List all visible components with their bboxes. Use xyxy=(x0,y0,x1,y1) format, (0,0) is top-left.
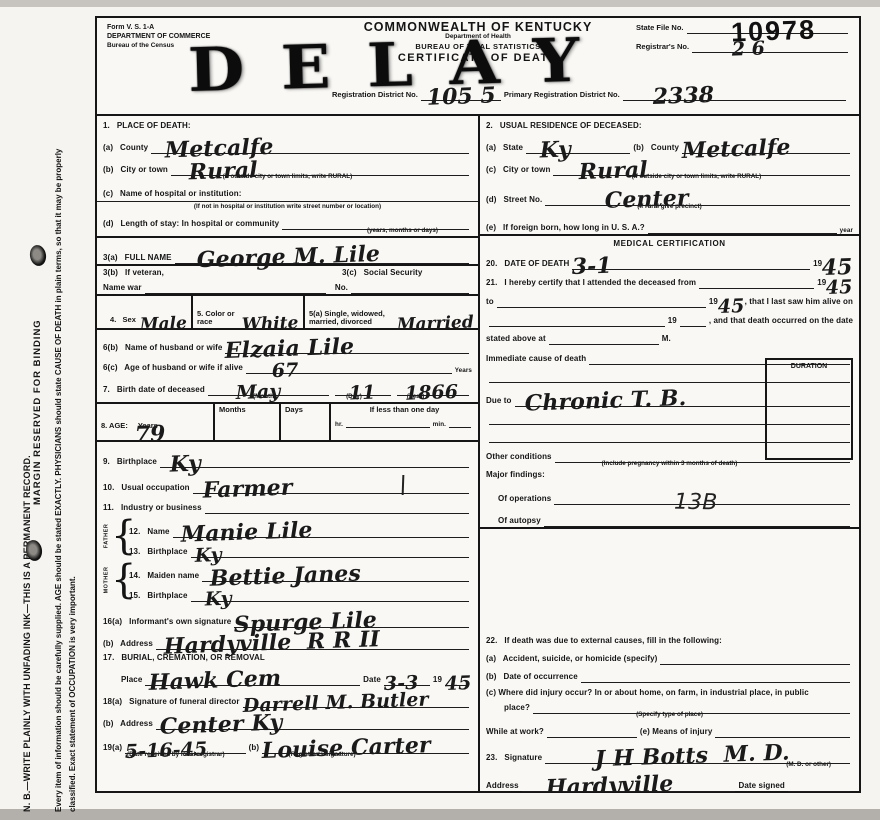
age-months-cell: Months xyxy=(215,404,281,440)
due-to-value: Chronic T. B. xyxy=(514,392,686,410)
father-name-label: 12. Name xyxy=(129,527,170,538)
autopsy-row: Of autopsy xyxy=(480,505,859,529)
pod-hospital-hint: (If not in hospital or institution write… xyxy=(194,203,381,212)
pod-hospital-label: (c) Name of hospital or institution: xyxy=(103,189,241,200)
father-side-label-wrap: FATHER xyxy=(101,533,111,539)
full-name-label: 3(a) FULL NAME xyxy=(103,253,172,264)
blank-line: 13B xyxy=(554,492,850,505)
other-conditions-label: Other conditions xyxy=(486,452,552,463)
pod-county-row: (a) County Metcalfe xyxy=(97,132,478,154)
blank-line: Farmer xyxy=(193,481,469,494)
informant-signature-label: 16(a) Informant's own signature xyxy=(103,617,231,628)
external-b-row: (b) Date of occurrence xyxy=(480,665,859,683)
sex-cell: 4. Sex Male xyxy=(97,296,193,328)
blank-line: Elzaia Lile xyxy=(225,341,469,354)
left-column: 1. PLACE OF DEATH: (a) County Metcalfe (… xyxy=(97,116,480,792)
race-label: 5. Color or race xyxy=(197,310,240,326)
blank-line: Metcalfe xyxy=(151,141,469,154)
blank-line xyxy=(699,276,814,289)
residence-county-label: (b) County xyxy=(633,143,679,154)
blank-line: 3-3 xyxy=(384,673,430,686)
physician-signature-label: 23. Signature xyxy=(486,753,542,764)
mother-brace: { xyxy=(111,564,123,596)
pod-county-label: (a) County xyxy=(103,143,148,154)
birthplace-label: 9. Birthplace xyxy=(103,457,157,468)
right-column: 2. USUAL RESIDENCE OF DECEASED: (a) Stat… xyxy=(480,116,859,792)
funeral-director-label: 18(a) Signature of funeral director xyxy=(103,697,240,708)
marital-value: Married xyxy=(397,318,474,330)
section-usual-residence: 2. USUAL RESIDENCE OF DECEASED: (a) Stat… xyxy=(480,116,859,236)
received-date-value: 5-16-45 xyxy=(125,744,208,757)
ssn-no-label: No. xyxy=(335,283,348,294)
residence-foreign-row: (e) If foreign born, how long in U. S. A… xyxy=(480,212,859,234)
sex-race-marital-row: 4. Sex Male 5. Color or race White 5(a) … xyxy=(97,296,478,330)
informant-address-value: Hardyville R R II xyxy=(155,633,380,653)
pen-mark xyxy=(402,475,405,495)
spouse-age-value: 67 xyxy=(246,365,299,377)
funeral-director-address-value: Center Ky xyxy=(155,716,282,733)
mother-side-label-wrap: MOTHER xyxy=(101,577,111,583)
delay-stamp: DELAY xyxy=(187,25,617,106)
blank-line xyxy=(680,314,706,327)
pod-hospital-row: (c) Name of hospital or institution: xyxy=(97,182,478,200)
blank-line: 3-1 xyxy=(572,257,810,270)
residence-foreign-label: (e) If foreign born, how long in U. S. A… xyxy=(486,223,645,234)
residence-city-row: (c) City or town Rural xyxy=(480,154,859,176)
residence-city-value: Rural xyxy=(553,164,648,179)
certificate-form: Form V. S. 1-A DEPARTMENT OF COMMERCE Bu… xyxy=(95,16,861,793)
while-at-work-row: While at work? (e) Means of injury xyxy=(480,720,859,738)
pod-city-label: (b) City or town xyxy=(103,165,168,176)
date-of-death-value: 3-1 xyxy=(572,260,612,273)
blank-line: Center Ky xyxy=(156,717,469,730)
mother-name-label: 14. Maiden name xyxy=(129,571,199,582)
blank-line xyxy=(549,332,659,345)
residence-street-value: Center xyxy=(545,192,689,209)
pod-stay-row: (d) Length of stay: In hospital or commu… xyxy=(97,212,478,230)
registrar-row: 19(a) 5-16-45 (b) Louise Carter xyxy=(97,730,478,754)
registrar-no-line: Registrar's No. 2 6 xyxy=(636,42,851,53)
blank-line xyxy=(581,670,850,683)
pod-city-value: Rural xyxy=(170,164,257,179)
spacer xyxy=(480,529,859,631)
blank-line: Hawk Cem xyxy=(145,673,360,686)
blank-line: May xyxy=(208,383,329,396)
place-of-death-title: 1. PLACE OF DEATH: xyxy=(103,121,191,132)
blank-line: 67 xyxy=(246,361,452,374)
residence-street-row: (d) Street No. Center xyxy=(480,182,859,206)
father-birthplace-label: 13. Birthplace xyxy=(129,547,188,558)
residence-state-label: (a) State xyxy=(486,143,523,154)
margin-nb-note: N. B.—WRITE PLAINLY WITH UNFADING INK—TH… xyxy=(22,455,32,812)
birthplace-value: Ky xyxy=(160,457,202,471)
duration-box: DURATION xyxy=(765,358,853,460)
physician-address-label: Address xyxy=(486,781,519,792)
major-findings-row: Major findings: xyxy=(480,469,859,481)
age-hr-label: hr. xyxy=(335,421,343,428)
informant-address-label: (b) Address xyxy=(103,639,153,650)
blank-line: Rural xyxy=(171,163,469,176)
age-months-label: Months xyxy=(219,406,275,414)
blank-line: Rural xyxy=(553,163,850,176)
veteran-war-label: Name war xyxy=(103,283,142,294)
father-birthplace-value: Ky xyxy=(190,549,221,561)
father-name-value: Manie Lile xyxy=(172,524,312,541)
marital-cell: 5(a) Single, widowed, married, divorced … xyxy=(305,296,478,328)
primary-district-value: 2338 xyxy=(622,89,714,104)
certify-year3-prefix: 19 xyxy=(668,316,677,327)
certify-text-3b: , and that death occurred on the date xyxy=(709,316,853,327)
burial-place-label: Place xyxy=(103,675,142,686)
blank-line: Center xyxy=(545,193,850,206)
form-number: Form V. S. 1-A xyxy=(107,23,210,32)
place-of-death-title-row: 1. PLACE OF DEATH: xyxy=(97,116,478,132)
certify-text-2b: , that I last saw him alive on xyxy=(745,297,853,308)
mother-name-row: 14. Maiden name Bettie Janes xyxy=(123,558,478,582)
pod-city-row: (b) City or town Rural xyxy=(97,154,478,176)
dod-year-value: 45 xyxy=(822,261,853,274)
state-file-label: State File No. xyxy=(636,23,684,34)
age-less-label: If less than one day xyxy=(335,406,474,414)
external-a-row: (a) Accident, suicide, or homicide (spec… xyxy=(480,647,859,665)
industry-label: 11. Industry or business xyxy=(103,503,202,514)
burial-place-value: Hawk Cem xyxy=(145,672,282,689)
external-c-label-2: place? xyxy=(486,703,530,714)
medical-title-row: MEDICAL CERTIFICATION xyxy=(480,236,859,250)
blank-line: Hardyville R R II xyxy=(156,637,469,650)
full-name-value: George M. Lile xyxy=(174,248,380,267)
blank-line: George M. Lile xyxy=(175,251,469,264)
blank-line: J H Botts M. D. xyxy=(545,751,850,764)
physician-signature-value: J H Botts M. D. xyxy=(545,746,790,767)
date-signed-label: Date signed xyxy=(738,781,784,792)
registrar-sig-value: Louise Carter xyxy=(262,739,431,757)
registrar-no-value: 2 6 xyxy=(692,43,765,56)
spouse-age-label: 6(c) Age of husband or wife if alive xyxy=(103,363,243,374)
occupation-value: Farmer xyxy=(192,481,292,497)
external-causes-title-row: 22. If death was due to external causes,… xyxy=(480,631,859,647)
registrar-no-label: Registrar's No. xyxy=(636,42,689,53)
blank-line xyxy=(489,314,665,327)
father-rows: 12. Name Manie Lile 13. Birthplace Ky xyxy=(123,514,478,558)
blank-line: Ky xyxy=(160,455,469,468)
race-cell: 5. Color or race White xyxy=(193,296,305,328)
blank-line xyxy=(351,281,469,294)
blank-line xyxy=(660,652,850,665)
blank-line: Darrell M. Butler xyxy=(243,695,469,708)
death-certificate-scan: N. B.—WRITE PLAINLY WITH UNFADING INK—TH… xyxy=(0,0,880,820)
burial-place-date-row: Place Hawk Cem Date 3-3 19 45 xyxy=(97,664,478,686)
spouse-age-suffix: Years xyxy=(455,367,472,374)
birth-day-value: 11 xyxy=(335,387,376,399)
spouse-name-label: 6(b) Name of husband or wife xyxy=(103,343,222,354)
birth-month-value: May xyxy=(207,386,280,399)
margin-binding-label: MARGIN RESERVED FOR BINDING xyxy=(32,319,43,505)
father-name-row: 12. Name Manie Lile xyxy=(123,514,478,538)
informant-address-row: (b) Address Hardyville R R II xyxy=(97,628,478,650)
burial-year-prefix: 19 xyxy=(433,675,442,686)
certify-line-4: stated above at M. xyxy=(480,327,859,345)
mother-birthplace-value: Ky xyxy=(190,593,231,605)
spouse-name-value: Elzaia Lile xyxy=(225,340,355,357)
occupation-row: 10. Usual occupation Farmer xyxy=(97,468,478,494)
due-to-label: Due to xyxy=(486,396,512,407)
blank-line xyxy=(205,501,469,514)
residence-county-value: Metcalfe xyxy=(682,141,791,157)
informant-signature-row: 16(a) Informant's own signature Spurge L… xyxy=(97,602,478,628)
external-c-row-2: place? xyxy=(480,699,859,714)
father-side-label: FATHER xyxy=(103,524,109,549)
pod-hospital-hint-row: (If not in hospital or institution write… xyxy=(97,203,478,212)
external-c-row-1: (c) Where did injury occur? In or about … xyxy=(480,683,859,699)
certify-text-4b: M. xyxy=(662,334,671,345)
scan-edge-top xyxy=(0,0,880,7)
blank-line: Louise Carter xyxy=(262,741,469,754)
operations-row: Of operations 13B xyxy=(480,481,859,505)
external-c-label-1: (c) Where did injury occur? In or about … xyxy=(486,688,809,699)
means-of-injury-label: (e) Means of injury xyxy=(640,727,713,738)
certify-line-1: 21. I hereby certify that I attended the… xyxy=(480,270,859,289)
mother-name-value: Bettie Janes xyxy=(202,567,361,585)
physician-address-value: Hardyville xyxy=(521,778,673,792)
external-a-label: (a) Accident, suicide, or homicide (spec… xyxy=(486,654,657,665)
header-right: 10978 State File No. Registrar's No. 2 6 xyxy=(636,20,851,53)
margin-instruction-note: Every item of information should be care… xyxy=(52,112,80,812)
blank-line: 2338 xyxy=(623,88,846,101)
blank-line xyxy=(547,725,637,738)
section-place-of-death: 1. PLACE OF DEATH: (a) County Metcalfe (… xyxy=(97,116,478,238)
burial-date-label: Date xyxy=(363,675,381,686)
certify-line-2: to 19 45 , that I last saw him alive on xyxy=(480,289,859,308)
residence-street-label: (d) Street No. xyxy=(486,195,542,206)
form-header: Form V. S. 1-A DEPARTMENT OF COMMERCE Bu… xyxy=(97,18,859,116)
residence-title: 2. USUAL RESIDENCE OF DECEASED: xyxy=(486,121,642,132)
date-of-death-label: 20. DATE OF DEATH xyxy=(486,259,569,270)
residence-foreign-suffix: year xyxy=(840,227,853,234)
immediate-cause-label: Immediate cause of death xyxy=(486,354,586,365)
blank-line xyxy=(145,281,326,294)
funeral-director-value: Darrell M. Butler xyxy=(242,694,428,711)
certify-text-1: 21. I hereby certify that I attended the… xyxy=(486,278,696,289)
registrar-sig-label: (b) xyxy=(249,743,260,754)
mother-block: MOTHER { 14. Maiden name Bettie Janes 15… xyxy=(97,558,478,602)
residence-title-row: 2. USUAL RESIDENCE OF DECEASED: xyxy=(480,116,859,132)
blank-line xyxy=(282,217,469,230)
blank-line xyxy=(346,415,430,428)
sex-label: 4. Sex xyxy=(110,315,136,326)
blank-line xyxy=(449,415,471,428)
scan-edge-bottom xyxy=(0,809,880,820)
blank-line xyxy=(648,221,837,234)
residence-state-county-row: (a) State Ky (b) County Metcalfe xyxy=(480,132,859,154)
blank-line: 5-16-45 xyxy=(125,741,245,754)
blank-line xyxy=(497,295,706,308)
external-b-label: (b) Date of occurrence xyxy=(486,672,578,683)
age-years-value: 79 xyxy=(101,426,209,442)
medical-certification-title: MEDICAL CERTIFICATION xyxy=(613,239,725,250)
external-causes-title: 22. If death was due to external causes,… xyxy=(486,636,722,647)
blank-line xyxy=(788,779,850,792)
date-of-death-row: 20. DATE OF DEATH 3-1 19 45 xyxy=(480,250,859,270)
mother-birthplace-label: 15. Birthplace xyxy=(129,591,188,602)
blank-line: Bettie Janes xyxy=(202,569,469,582)
pod-stay-label: (d) Length of stay: In hospital or commu… xyxy=(103,219,279,230)
marital-label: 5(a) Single, widowed, married, divorced xyxy=(309,310,397,326)
blank-line xyxy=(715,725,850,738)
father-block: FATHER { 12. Name Manie Lile 13. Birthpl… xyxy=(97,514,478,558)
mother-side-label: MOTHER xyxy=(103,567,109,594)
major-findings-label: Major findings: xyxy=(486,470,545,481)
funeral-director-address-label: (b) Address xyxy=(103,719,153,730)
received-label: 19(a) xyxy=(103,743,122,754)
mother-rows: 14. Maiden name Bettie Janes 15. Birthpl… xyxy=(123,558,478,602)
occupation-label: 10. Usual occupation xyxy=(103,483,190,494)
full-name-row: 3(a) FULL NAME George M. Lile xyxy=(97,238,478,266)
blank-line: Metcalfe xyxy=(682,141,850,154)
autopsy-label: Of autopsy xyxy=(486,516,541,527)
veteran-ssn-bottom-row: Name war No. xyxy=(97,279,478,294)
birth-date-label: 7. Birth date of deceased xyxy=(103,385,205,396)
blank-line: Spurge Lile xyxy=(234,615,469,628)
blank-line: 1866 xyxy=(397,383,469,396)
certify-line-3: 19 , and that death occurred on the date xyxy=(480,308,859,327)
ssn-label: 3(c) Social Security xyxy=(342,268,472,279)
age-years-cell: 8. AGE: Years 79 xyxy=(97,404,215,440)
operations-label: Of operations xyxy=(486,494,551,505)
sex-value: Male xyxy=(136,319,187,330)
race-value: White xyxy=(240,319,299,330)
residence-state-value: Ky xyxy=(526,143,572,157)
blank-line: Manie Lile xyxy=(173,525,469,538)
pod-county-value: Metcalfe xyxy=(151,141,274,157)
blank-line: Hardyville xyxy=(522,779,736,792)
burial-year-value: 45 xyxy=(445,678,472,689)
physician-address-row: Address Hardyville Date signed xyxy=(480,770,859,792)
certify-text-2a: to xyxy=(486,297,494,308)
father-brace: { xyxy=(111,520,123,552)
age-min-label: min. xyxy=(433,421,446,428)
veteran-ssn-block: 3(b) If veteran, 3(c) Social Security Na… xyxy=(97,266,478,296)
blank-line: 45 xyxy=(445,673,469,686)
blank-line: Ky xyxy=(526,141,630,154)
blank-line xyxy=(544,514,850,527)
physician-signature-row: 23. Signature J H Botts M. D. xyxy=(480,738,859,764)
age-days-label: Days xyxy=(285,406,325,414)
blank-line xyxy=(533,701,850,714)
age-less-than-day-cell: If less than one day hr. min. xyxy=(331,404,478,440)
age-row: 8. AGE: Years 79 Months Days If less tha… xyxy=(97,404,478,442)
birth-year-value: 1866 xyxy=(397,386,459,399)
certify-year1-value: 45 xyxy=(826,282,853,293)
age-days-cell: Days xyxy=(281,404,331,440)
certify-text-4a: stated above at xyxy=(486,334,546,345)
burial-date-value: 3-3 xyxy=(384,677,419,689)
form-body: 1. PLACE OF DEATH: (a) County Metcalfe (… xyxy=(97,116,859,792)
certify-year2-value: 45 xyxy=(718,301,745,312)
age-hr-min-row: hr. min. xyxy=(335,414,474,428)
while-at-work-label: While at work? xyxy=(486,727,544,738)
duration-label: DURATION xyxy=(791,363,827,370)
blank-line: Ky xyxy=(191,545,469,558)
residence-city-label: (c) City or town xyxy=(486,165,550,176)
blank-line: 11 xyxy=(335,383,391,396)
